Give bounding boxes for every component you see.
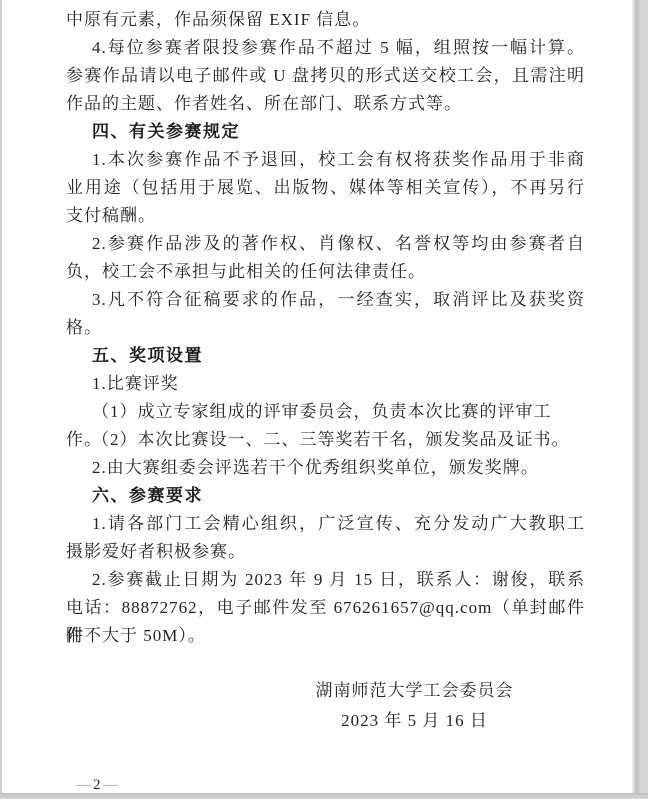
section-heading: 四、有关参赛规定 [66, 118, 585, 146]
document-line: 电话：88872762，电子邮件发至 676261657@qq.com（单封邮件… [66, 594, 585, 622]
document-line: 2.参赛作品涉及的著作权、肖像权、名誉权等均由参赛者自 [66, 230, 585, 258]
document-line: （1）成立专家组成的评审委员会，负责本次比赛的评审工作。 [66, 398, 585, 426]
document-line: 格。 [66, 314, 585, 342]
document-line: 摄影爱好者积极参赛。 [66, 538, 585, 566]
document-line: 负，校工会不承担与此相关的任何法律责任。 [66, 258, 585, 286]
signature-organization: 湖南师范大学工会委员会 [244, 676, 585, 706]
document-line: 4.每位参赛者限投参赛作品不超过 5 幅，组照按一幅计算。 [66, 34, 585, 62]
footer-left-dash: — [76, 777, 91, 793]
document-body: 中原有元素，作品须保留 EXIF 信息。4.每位参赛者限投参赛作品不超过 5 幅… [66, 6, 585, 736]
document-line: （2）本次比赛设一、二、三等奖若干名，颁发奖品及证书。 [66, 426, 585, 454]
document-line: 参赛作品请以电子邮件或 U 盘拷贝的形式送交校工会，且需注明 [66, 62, 585, 90]
page-edge-right [632, 0, 648, 799]
document-page: 中原有元素，作品须保留 EXIF 信息。4.每位参赛者限投参赛作品不超过 5 幅… [0, 0, 648, 799]
document-line: 1.比赛评奖 [66, 370, 585, 398]
page-edge-left [0, 0, 2, 799]
document-line: 业用途（包括用于展览、出版物、媒体等相关宣传），不再另行 [66, 174, 585, 202]
document-line: 1.请各部门工会精心组织，广泛宣传、充分发动广大教职工 [66, 510, 585, 538]
document-line: 2.参赛截止日期为 2023 年 9 月 15 日，联系人：谢俊，联系 [66, 566, 585, 594]
document-line: 支付稿酬。 [66, 202, 585, 230]
footer-right-dash: — [103, 777, 118, 793]
document-line: 2.由大赛组委会评选若干个优秀组织奖单位，颁发奖牌。 [66, 454, 585, 482]
document-line: 3.凡不符合征稿要求的作品，一经查实，取消评比及获奖资 [66, 286, 585, 314]
signature-date: 2023 年 5 月 16 日 [244, 706, 585, 736]
document-line: 1.本次参赛作品不予退回，校工会有权将获奖作品用于非商 [66, 146, 585, 174]
section-heading: 六、参赛要求 [66, 482, 585, 510]
document-line: 作品的主题、作者姓名、所在部门、联系方式等。 [66, 90, 585, 118]
document-line: 中原有元素，作品须保留 EXIF 信息。 [66, 6, 585, 34]
document-line: 件不大于 50M）。 [66, 622, 585, 650]
page-number: 2 [93, 777, 101, 793]
page-edge-bottom [0, 793, 648, 799]
section-heading: 五、奖项设置 [66, 342, 585, 370]
page-number-footer: —2— [76, 778, 118, 792]
signature-block: 湖南师范大学工会委员会 2023 年 5 月 16 日 [66, 676, 585, 736]
